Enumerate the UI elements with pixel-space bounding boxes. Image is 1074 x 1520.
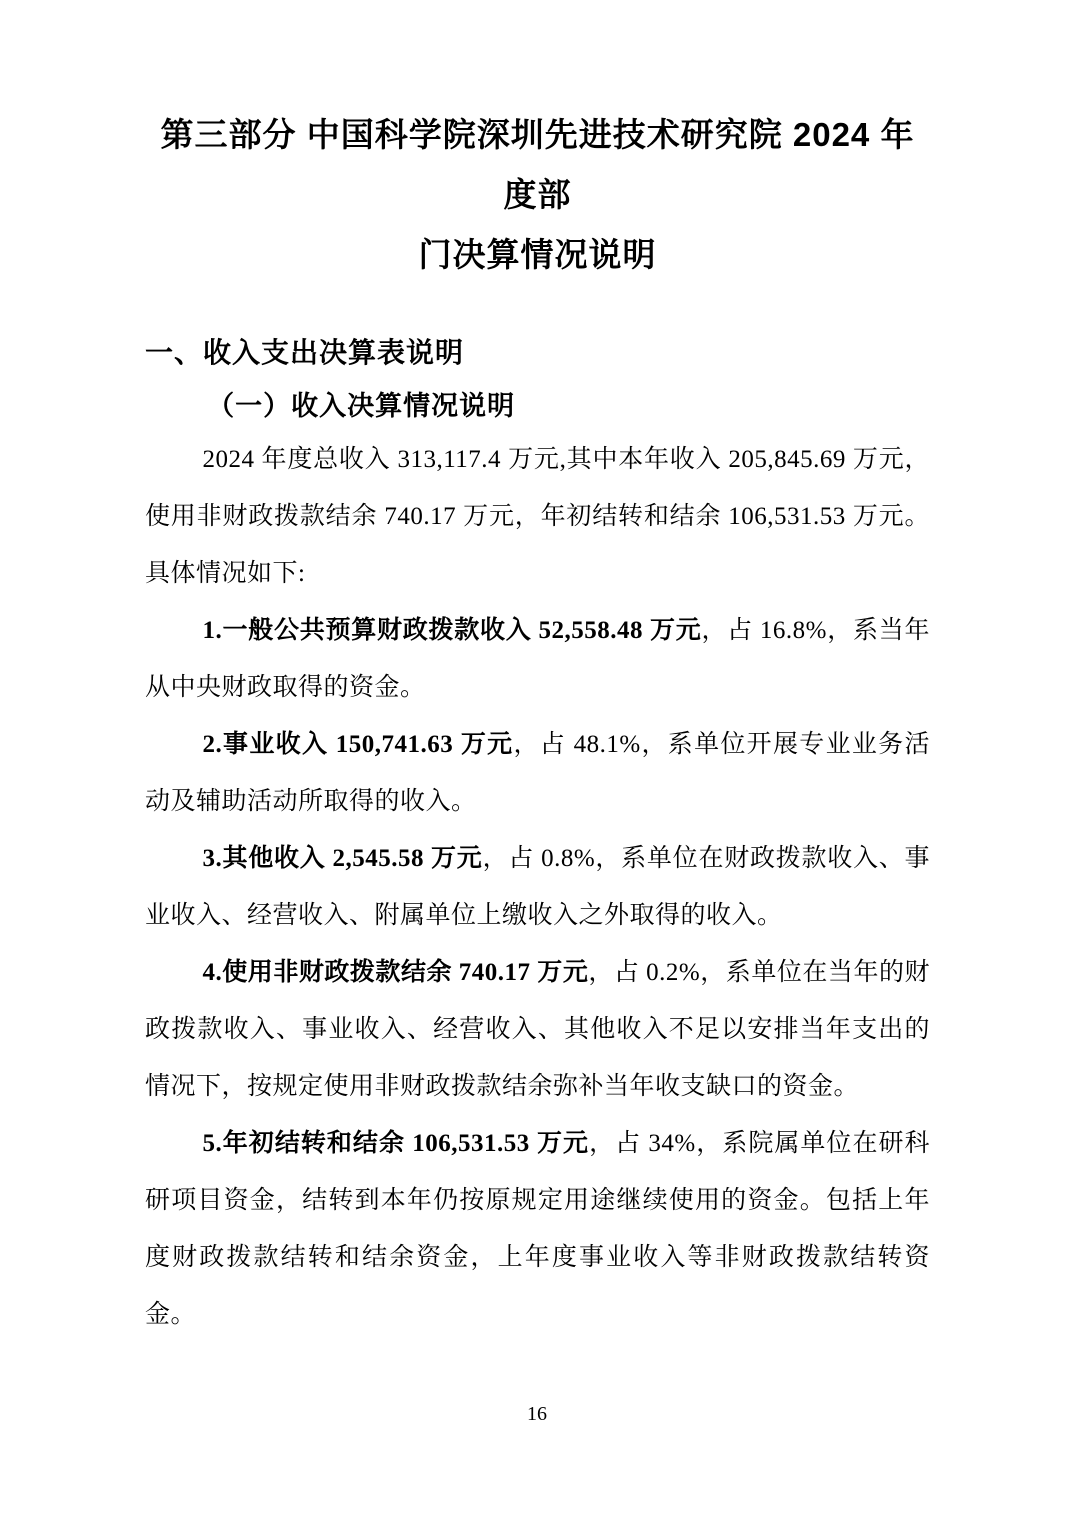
subsection-heading-income-statement: （一）收入决算情况说明: [145, 387, 930, 425]
intro-paragraph: 2024 年度总收入 313,117.4 万元,其中本年收入 205,845.6…: [145, 431, 930, 602]
section-heading-income-expenditure: 一、收入支出决算表说明: [145, 335, 930, 371]
page-number: 16: [0, 1403, 1074, 1426]
intro-paragraph-text: 2024 年度总收入 313,117.4 万元,其中本年收入 205,845.6…: [145, 446, 930, 587]
list-item-1-lead: 1.一般公共预算财政拨款收入 52,558.48 万元: [203, 617, 702, 644]
list-item-2: 2.事业收入 150,741.63 万元，占 48.1%，系单位开展专业业务活动…: [145, 716, 930, 830]
document-title: 第三部分 中国科学院深圳先进技术研究院 2024 年度部 门决算情况说明: [145, 105, 930, 285]
title-line-2: 门决算情况说明: [145, 225, 930, 285]
list-item-2-lead: 2.事业收入 150,741.63 万元: [203, 731, 514, 758]
title-line-1: 第三部分 中国科学院深圳先进技术研究院 2024 年度部: [145, 105, 930, 225]
list-item-5-rest: ，占 34%，系院属单位在研科研项目资金，结转到本年仍按原规定用途继续使用的资金…: [145, 1130, 930, 1328]
list-item-4-lead: 4.使用非财政拨款结余 740.17 万元: [203, 959, 589, 986]
list-item-5-lead: 5.年初结转和结余 106,531.53 万元: [203, 1130, 590, 1157]
list-item-3: 3.其他收入 2,545.58 万元，占 0.8%，系单位在财政拨款收入、事业收…: [145, 830, 930, 944]
document-page: 第三部分 中国科学院深圳先进技术研究院 2024 年度部 门决算情况说明 一、收…: [0, 0, 1074, 1520]
list-item-4: 4.使用非财政拨款结余 740.17 万元，占 0.2%，系单位在当年的财政拨款…: [145, 944, 930, 1115]
body-text: 2024 年度总收入 313,117.4 万元,其中本年收入 205,845.6…: [145, 431, 930, 1343]
list-item-3-lead: 3.其他收入 2,545.58 万元: [203, 845, 483, 872]
list-item-5: 5.年初结转和结余 106,531.53 万元，占 34%，系院属单位在研科研项…: [145, 1115, 930, 1343]
list-item-1: 1.一般公共预算财政拨款收入 52,558.48 万元，占 16.8%，系当年从…: [145, 602, 930, 716]
